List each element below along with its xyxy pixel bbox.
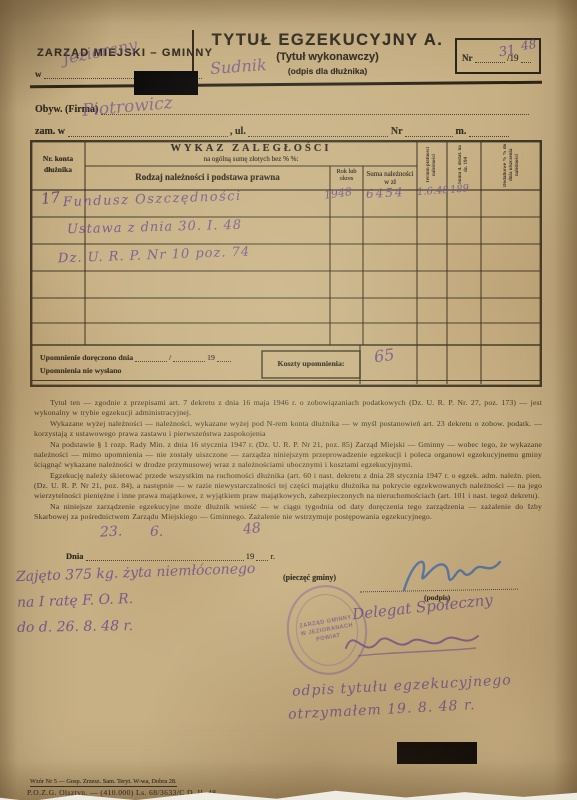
- col-header-rodzaj: Rodzaj należności i podstawa prawna: [85, 172, 330, 182]
- number-box: Nr /19 31 48: [455, 38, 541, 74]
- seizure-note-line2: na I ratę F. O. R.: [17, 591, 134, 611]
- nr-label: Nr: [462, 53, 473, 63]
- cell-suma-1: 6454: [366, 185, 405, 201]
- redaction-box-top: [134, 71, 198, 95]
- col-header-dodatkowe: Dodatkowe % % do dnia uiszczenia należno…: [485, 143, 539, 187]
- copy-note: (odpis dla dłużnika): [205, 66, 450, 76]
- receipt-note-line1: odpis tytułu egzekucyjnego: [292, 672, 512, 699]
- zam-line: zam. w , ul. Nr m.: [35, 126, 509, 137]
- legal-paragraph-4: Egzekucję należy skierować przede wszyst…: [34, 471, 542, 501]
- form-title: TYTUŁ EGZEKUCYJNY A.: [205, 31, 450, 50]
- adr-nr-blank: [405, 127, 453, 137]
- seizure-note-line1: Zajęto 375 kg. żyta niemłóconego: [16, 561, 256, 585]
- signature-purple: [338, 618, 488, 666]
- arrears-table: Nr. konta dłużnika WYKAZ ZALEGŁOŚCI na o…: [30, 140, 542, 388]
- legal-text: Tytuł ten — zgodnie z przepisami art. 7 …: [34, 398, 542, 523]
- form-subtitle: (Tytuł wykonawczy): [205, 51, 450, 63]
- imprint-line1: Wzór Nr 5 — Gosp. Zrzesz. Sam. Teryt. W-…: [30, 778, 177, 787]
- koszty-value-handwriting: 65: [373, 345, 396, 367]
- date-year-handwriting: 48: [242, 520, 261, 538]
- upomnienie-line1: Upomnienie doręczono dnia / 19: [40, 353, 231, 362]
- cell-konto-1: 17: [40, 188, 61, 208]
- dnia-label: Dnia: [66, 551, 83, 561]
- dnia-year-blank: [256, 552, 268, 561]
- upomnienie-line2: Upomnienia nie wysłano: [40, 366, 121, 375]
- col-header-suma-dodatkowa: Suma d. dodat. na dz. 194: [449, 143, 479, 187]
- cell-dodatek-1: 189: [449, 183, 469, 196]
- table-group-subtitle: na ogólną sumę złotych bez % %:: [85, 155, 417, 163]
- table-group-title: WYKAZ ZALEGŁOŚCI: [85, 143, 417, 154]
- legal-paragraph-5: Na niniejsze zarządzenie egzekucyjne moż…: [34, 502, 542, 522]
- document-scan: ZARZĄD MIEJSKI – GMINNY Jeziorany w Sudn…: [0, 0, 577, 800]
- redaction-box-bottom: [397, 742, 477, 764]
- nr-year-blank: [521, 53, 531, 63]
- zam-blank: [68, 127, 228, 137]
- date-month-handwriting: 6.: [150, 524, 163, 540]
- adr-nr-label: Nr: [391, 126, 403, 137]
- dnia-blank: [86, 552, 244, 561]
- col-header-suma: Suma należ­ności w zł: [365, 170, 415, 186]
- header-rule: [30, 81, 542, 88]
- ul-label: , ul.: [230, 126, 246, 137]
- date-line: Dnia 19 r.: [66, 551, 275, 561]
- stamp-caption: (pieczęć gminy): [283, 573, 336, 582]
- receipt-note-line2: otrzymałem 19. 8. 48 r.: [288, 697, 476, 723]
- seizure-note-line3: do d. 26. 8. 48 r.: [17, 618, 133, 636]
- legal-paragraph-1: Tytuł ten — zgodnie z przepisami art. 7 …: [34, 398, 542, 418]
- col-header-termin: Termin płatności należności: [419, 143, 445, 187]
- koszty-label: Koszty upomnienia:: [264, 359, 358, 368]
- upomnienie-blank3: [217, 353, 231, 362]
- nr-value-handwriting: 31: [498, 43, 517, 61]
- number-line: Nr /19: [462, 53, 531, 63]
- date-day-handwriting: 23.: [100, 523, 123, 540]
- adr-m-blank: [469, 127, 509, 137]
- legal-paragraph-2: Wykazane wyżej należności — należności, …: [34, 419, 542, 439]
- upomnienie-blank1: [135, 353, 167, 362]
- upomnienie-label: Upomnienie doręczono dnia: [40, 353, 133, 362]
- issuer-handwriting: Jeziorany: [61, 35, 139, 68]
- issuer-w-label: w: [35, 69, 42, 79]
- adr-m-label: m.: [456, 126, 467, 137]
- ul-blank: [248, 127, 388, 137]
- upomnienie-blank2: [173, 353, 205, 362]
- obyw-handwriting: Piotrowicz: [81, 93, 173, 121]
- nr-year-handwriting: 48: [520, 37, 537, 53]
- dnia-year: 19: [246, 551, 255, 561]
- dnia-r: r.: [270, 551, 275, 561]
- upomnienie-slash: /: [169, 353, 171, 362]
- zam-label: zam. w: [35, 126, 65, 137]
- col-header-konto: Nr. konta dłużnika: [33, 153, 83, 175]
- cell-termin-1: 1.6.48: [417, 185, 450, 198]
- legal-paragraph-3: Na podstawie § 1 rozp. Rady Min. z dnia …: [34, 440, 542, 470]
- col-header-rok: Rok lub okres: [331, 168, 362, 182]
- upomnienie-year: 19: [207, 353, 215, 362]
